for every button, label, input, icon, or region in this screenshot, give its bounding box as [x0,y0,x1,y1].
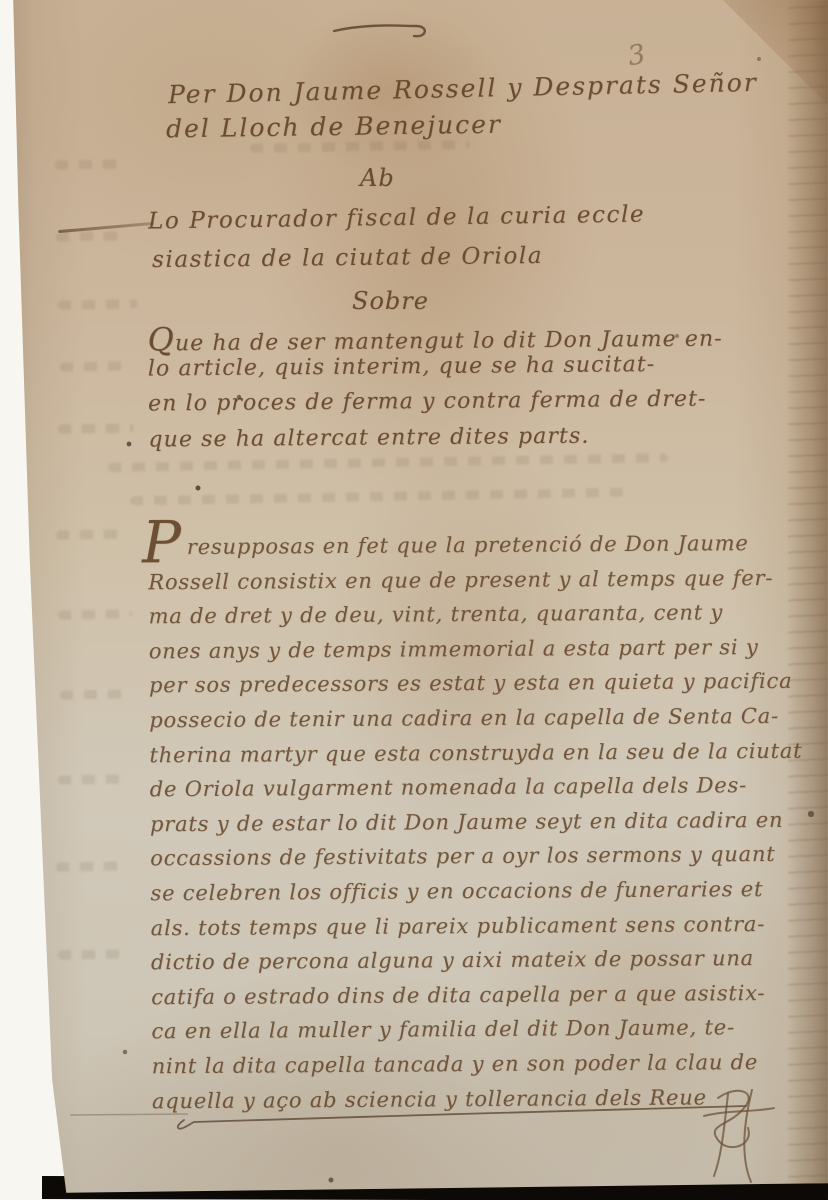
bleedthrough-ghost [58,609,132,619]
manuscript-line: lo article, quis interim, que se ha suci… [148,351,723,392]
bleedthrough-ghost [60,689,128,699]
manuscript-line: Presupposas en fet que la pretenció de D… [148,531,801,570]
bleedthrough-ghost [58,774,124,784]
title-line-2: del Lloch de Benejucer [166,110,502,144]
manuscript-line: dictio de percona alguna y aixi mateix d… [151,946,804,985]
notarial-paraph [694,1082,784,1190]
pen-mark [330,14,442,42]
manuscript-line: se celebren los officis y en occacions d… [150,877,803,916]
subject-heading: Sobre [352,287,429,315]
bleedthrough-ghost [58,423,134,433]
ink-specks [0,0,2,2]
addressee-line-1: Lo Procurador fiscal de la curia eccle [148,202,646,235]
manuscript-line: therina martyr que esta construyda en la… [149,738,802,777]
manuscript-line: en lo proces de ferma y contra ferma de … [148,386,723,427]
closing-rule [66,1098,758,1132]
bleedthrough-ghost [58,949,122,959]
bleedthrough-ghost [55,159,127,169]
title-line-1: Per Don Jaume Rossell y Desprats Señor [168,68,758,109]
bleedthrough-ghost [56,231,120,241]
bleedthrough-ghost [250,140,470,153]
subject-paragraph: Que ha de ser mantengut lo dit Don Jaume… [147,315,723,462]
manuscript-line: ones anys y de temps immemorial a esta p… [149,635,802,674]
manuscript-line: catifa o estrado dins de dita capella pe… [151,980,804,1019]
manuscript-line: Rossell consistix en que de present y al… [148,565,801,604]
bleedthrough-ghost [58,299,138,309]
folio-number: 3 [625,39,647,73]
bleedthrough-ghost [60,361,132,371]
addressee-line-2: siastica de la ciutat de Oriola [152,243,543,273]
body-paragraph: Presupposas en fet que la pretenció de D… [148,531,805,1124]
manuscript-line: que se ha altercat entre dites parts. [148,422,723,463]
bleedthrough-ghost [130,488,630,506]
connector-word: Ab [360,164,395,192]
manuscript-line: occassions de festivitats per a oyr los … [150,842,803,881]
manuscript-line: per sos predecessors es estat y esta en … [149,669,802,708]
manuscript-line: de Oriola vulgarment nomenada la capella… [150,773,803,812]
manuscript-line: Que ha de ser mantengut lo dit Don Jaume… [147,315,722,356]
bleedthrough-ghost [56,529,126,539]
manuscript-line: possecio de tenir una cadira en la capel… [149,704,802,743]
manuscript-page: 3 Per Don Jaume Rossell y Desprats Señor… [0,0,828,1200]
manuscript-line: als. tots temps que li pareix publicamen… [151,911,804,950]
manuscript-line: ca en ella la muller y familia del dit D… [151,1015,804,1054]
bleedthrough-ghost [56,861,128,871]
manuscript-line: ma de dret y de deu, vint, trenta, quara… [148,600,801,639]
manuscript-line-text: resupposas en fet que la pretenció de Do… [187,531,749,559]
manuscript-line: prats y de estar lo dit Don Jaume seyt e… [150,807,803,846]
